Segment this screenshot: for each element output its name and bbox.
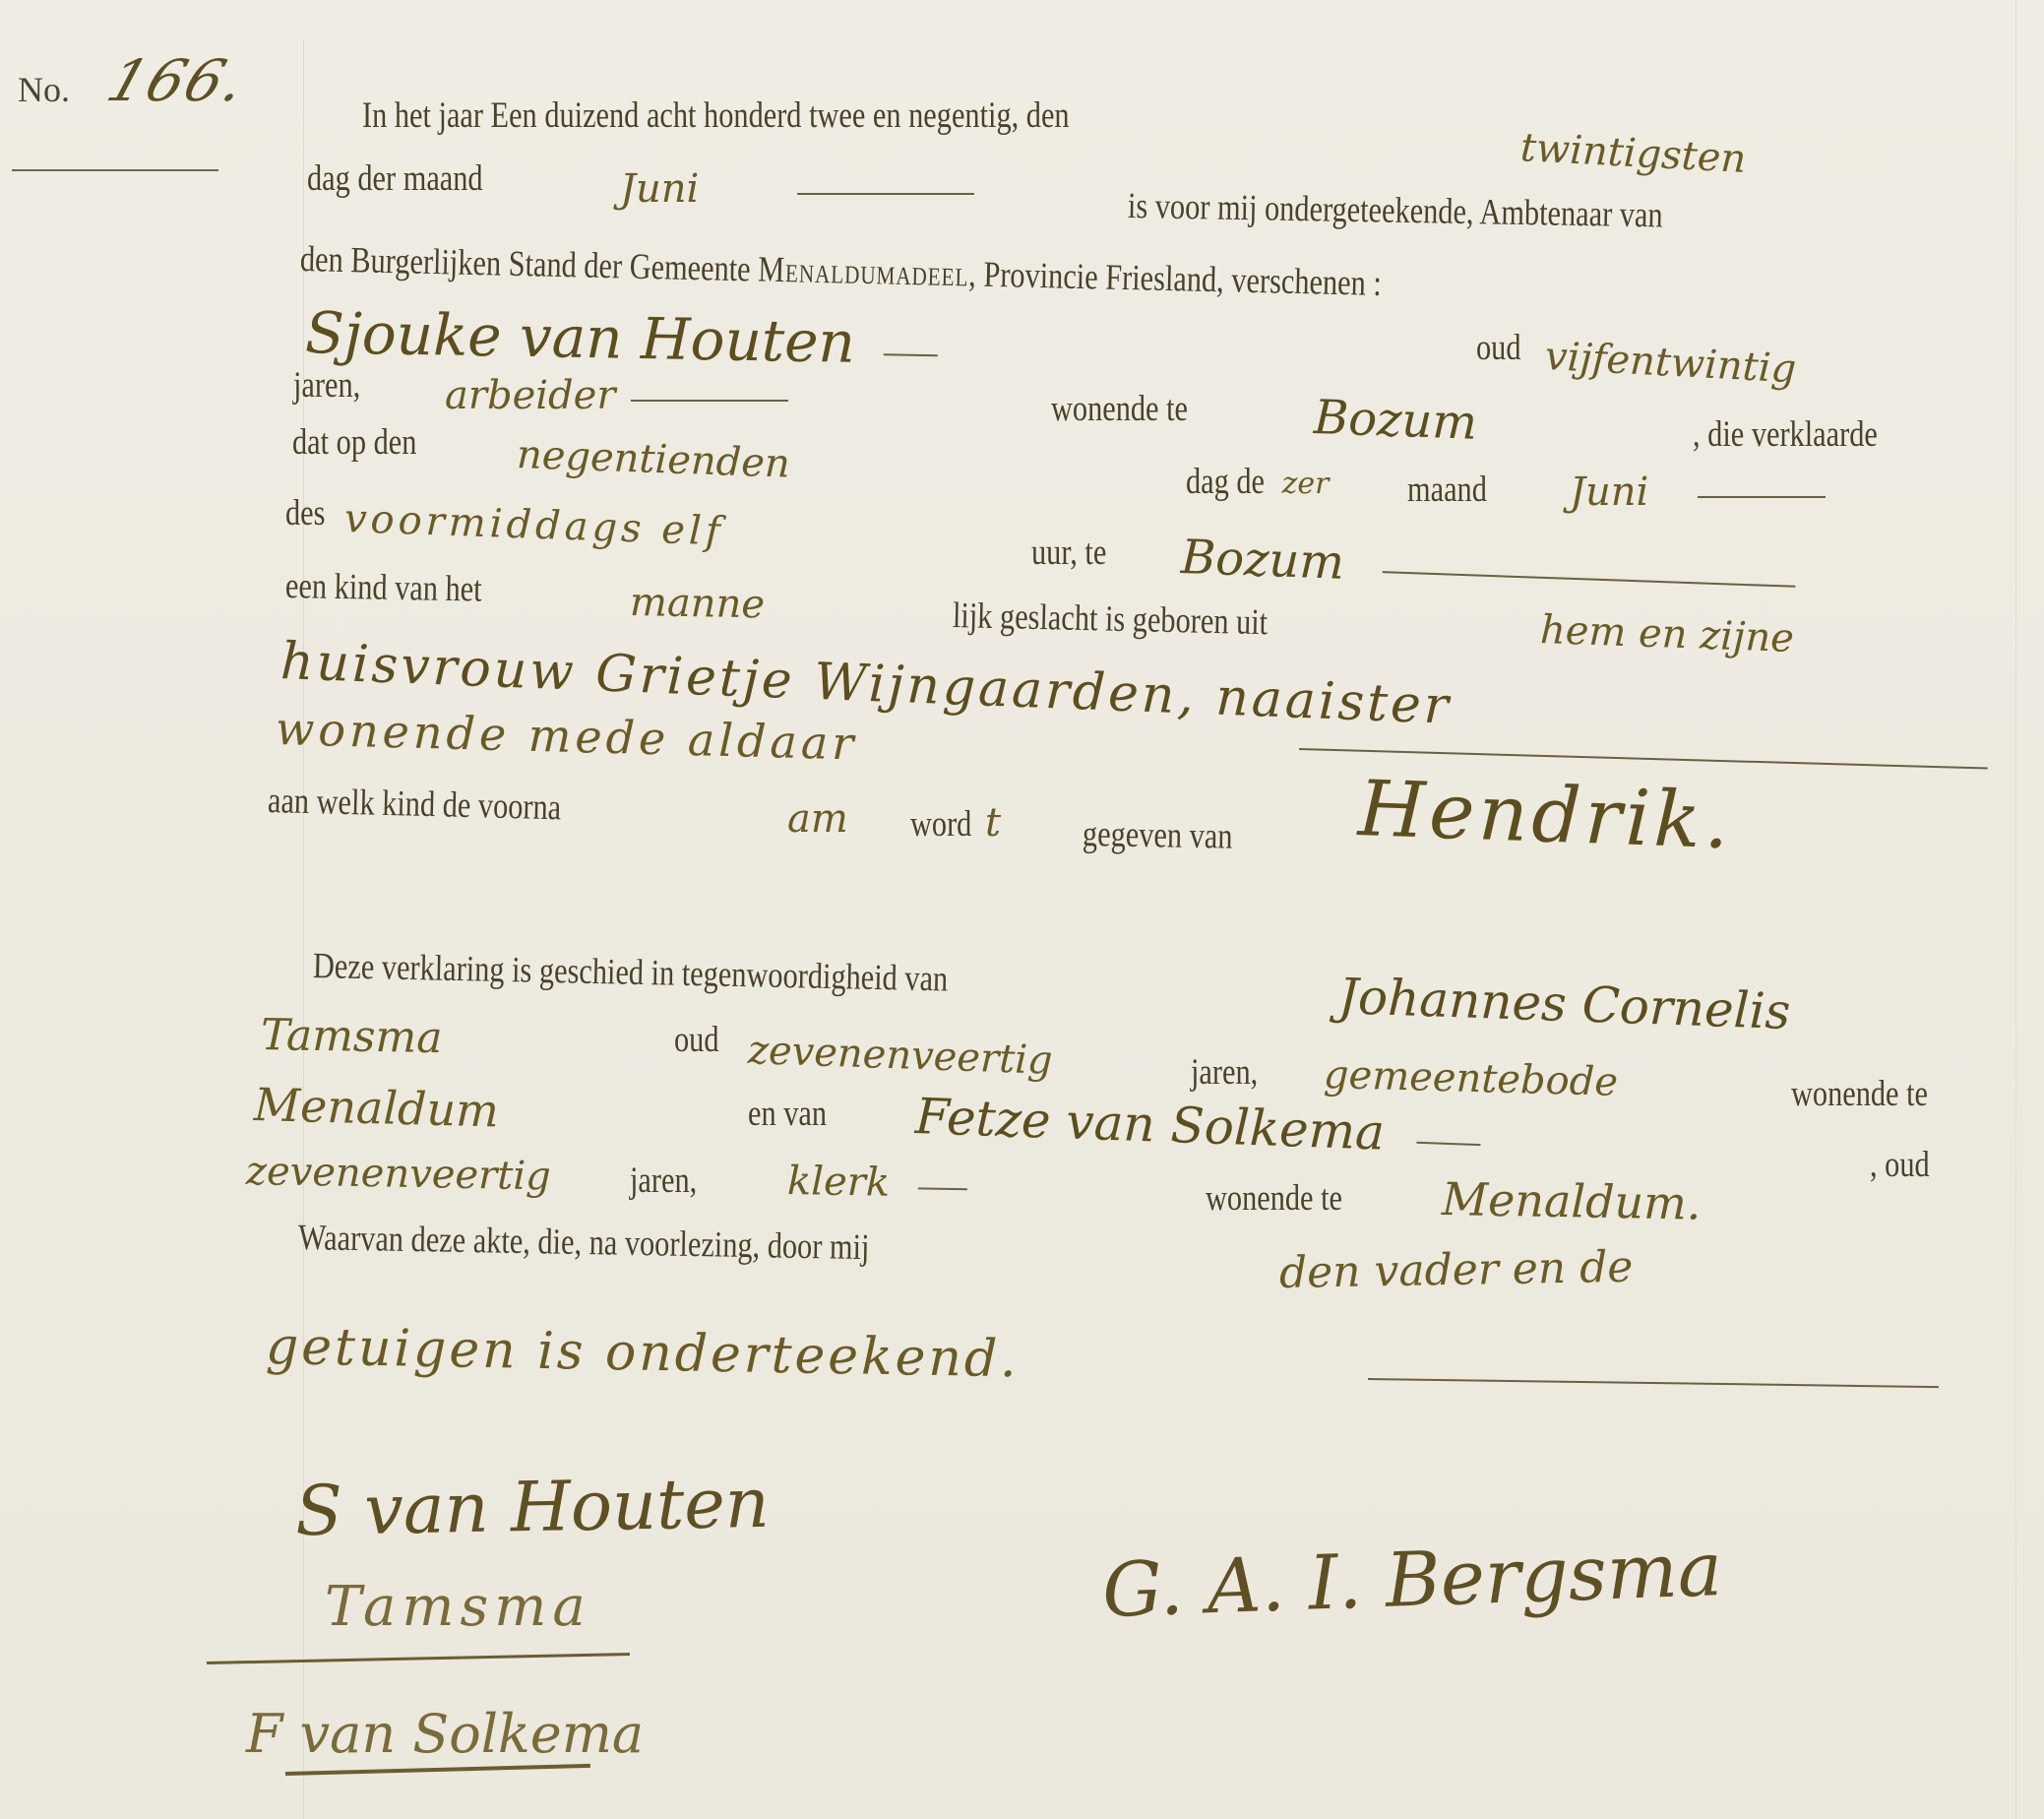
handwritten-text: twintigsten xyxy=(1519,126,1747,181)
printed-text: dat op den xyxy=(292,421,416,465)
fill-line xyxy=(797,193,974,195)
signature-official: G. A. I. Bergsma xyxy=(1101,1525,1724,1634)
handwritten-text: arbeider xyxy=(445,374,615,417)
witness-line-2c: wonende te xyxy=(1791,1073,1958,1116)
page-edge-rule xyxy=(2015,0,2016,1819)
handwritten-text: zevenenveertig xyxy=(747,1029,1053,1083)
handwritten-text: Juni xyxy=(620,167,699,211)
printed-text: lijk geslacht is geboren uit xyxy=(953,595,1269,645)
handwritten-text: gemeentebode xyxy=(1323,1053,1618,1104)
witness-1-occupation: gemeentebode xyxy=(1323,1053,1618,1106)
handwritten-text: Bozum xyxy=(1180,535,1344,585)
text-line-11c: gegeven van xyxy=(1083,813,1267,859)
printed-text: wonende te xyxy=(1791,1073,1928,1116)
hand-am: am xyxy=(787,797,848,843)
handwritten-month: Juni xyxy=(620,167,974,213)
handwritten-text: zer xyxy=(1282,463,1330,506)
printed-text: jaren, xyxy=(293,364,360,408)
printed-text: den Burgerlijken Stand der Gemeente Mena… xyxy=(300,238,1383,306)
signature-rule xyxy=(285,1764,590,1776)
printed-text: des xyxy=(285,492,325,535)
printed-text: dag der maand xyxy=(307,157,483,201)
fill-line xyxy=(1698,496,1826,498)
printed-text: gegeven van xyxy=(1083,813,1233,859)
witness-1-age: zevenenveertig xyxy=(747,1029,1053,1085)
handwritten-text: manne xyxy=(630,581,766,626)
witness-2-name: Fetze van Solkema xyxy=(914,1095,1482,1163)
handwritten-text: Fetze van Solkema xyxy=(914,1095,1385,1155)
printed-text: In het jaar Een duizend acht honderd twe… xyxy=(362,94,1070,138)
handwritten-text: negentienden xyxy=(516,433,790,486)
child-name: Hendrik. xyxy=(1357,787,1733,858)
witness-2-residence: Menaldum. xyxy=(1442,1177,1702,1230)
declarant-name: Sjouke van Houten xyxy=(305,311,939,374)
text-line-1: In het jaar Een duizend acht honderd twe… xyxy=(362,94,1224,138)
text-line-3: den Burgerlijken Stand der Gemeente Mena… xyxy=(300,238,1620,311)
closing-signed: getuigen is onderteekend. xyxy=(266,1325,1021,1387)
witness-1-name: Johannes Cornelis xyxy=(1337,974,1791,1039)
handwritten-text: Hendrik. xyxy=(1357,787,1733,844)
municipality-name: Menaldumadeel xyxy=(758,250,969,295)
text-line-5c: , die verklaarde xyxy=(1693,413,1918,457)
document-page: No. 166. In het jaar Een duizend acht ho… xyxy=(0,0,2044,1819)
text-line-4: oud xyxy=(1476,327,1531,370)
printed-text: , oud xyxy=(1870,1144,1930,1187)
signature-witness-2: F van Solkema xyxy=(246,1703,644,1765)
record-number-rule xyxy=(12,169,218,171)
printed-text: wonende te xyxy=(1051,388,1188,431)
handwritten-day: twintigsten xyxy=(1519,126,1747,183)
text-line-2b: is voor mij ondergeteekende, Ambtenaar v… xyxy=(1128,185,1781,240)
text-line-7b: uur, te xyxy=(1031,532,1123,575)
printed-text: word xyxy=(910,803,971,847)
handwritten-text: Bozum xyxy=(1313,396,1477,445)
birth-day: negentienden xyxy=(516,433,790,488)
printed-text: Deze verklaring is geschied in tegenwoor… xyxy=(313,945,949,1002)
printed-text: jaren, xyxy=(1191,1051,1258,1095)
text-line-11b: wordt xyxy=(910,801,1001,847)
fill-line xyxy=(918,1187,967,1190)
printed-text: wonende te xyxy=(1206,1177,1342,1221)
text-line-6c: maand xyxy=(1407,469,1505,512)
text-line-5: jaren, xyxy=(293,364,375,408)
closing-line: Waarvan deze akte, die, na voorlezing, d… xyxy=(298,1217,996,1272)
signature-father: S van Houten xyxy=(294,1463,770,1551)
handwritten-text: Sjouke van Houten xyxy=(305,311,856,364)
text-line-11: aan welk kind de voorna xyxy=(267,780,626,832)
text-line-5b: wonende te xyxy=(1051,388,1218,431)
fill-line xyxy=(1368,1378,1939,1388)
signature-witness-1: Tamsma xyxy=(325,1575,591,1639)
witness-2-age: zevenenveertig xyxy=(246,1150,552,1200)
record-number-value: 166. xyxy=(99,47,256,114)
printed-text: , die verklaarde xyxy=(1693,413,1878,457)
birth-time: voormiddags elf xyxy=(343,497,724,555)
handwritten-text: t xyxy=(985,801,1001,845)
witness-line-3: en van xyxy=(748,1093,844,1136)
handwritten-text: Tamsma xyxy=(261,1014,443,1060)
printed-text: aan welk kind de voorna xyxy=(267,780,561,830)
handwritten-text: wonende mede aldaar xyxy=(275,707,857,765)
witness-line-2: oud xyxy=(674,1019,729,1062)
birth-month: Juni xyxy=(1570,470,1826,516)
witness-line-4: jaren, xyxy=(630,1160,712,1203)
printed-text: den Burgerlijken Stand der Gemeente xyxy=(300,239,752,289)
witness-2-occupation: klerk xyxy=(787,1160,968,1208)
text-line-2: dag der maand xyxy=(307,157,522,201)
fill-line xyxy=(631,400,788,402)
text-line-8b: lijk geslacht is geboren uit xyxy=(953,595,1337,647)
handwritten-text: Menaldum xyxy=(253,1083,499,1132)
text-line-7: des xyxy=(285,492,334,535)
parent-ref: hem en zijne xyxy=(1539,608,1794,662)
text-line-6: dat op den xyxy=(292,421,444,465)
text-line-8: een kind van het xyxy=(285,565,526,612)
witness-line-4b: wonende te xyxy=(1206,1177,1373,1221)
printed-text: uur, te xyxy=(1031,532,1106,575)
margin-rule xyxy=(303,39,304,1819)
witness-1-surname: Tamsma xyxy=(261,1014,443,1063)
birth-place: Bozum xyxy=(1180,535,1796,605)
handwritten-text: am xyxy=(787,797,848,841)
printed-text: een kind van het xyxy=(285,565,482,611)
printed-text: maand xyxy=(1407,469,1487,512)
witness-line-2b: jaren, xyxy=(1191,1051,1272,1095)
handwritten-text: den vader en de xyxy=(1279,1246,1634,1295)
closing-signers: den vader en de xyxy=(1279,1246,1634,1298)
handwritten-text: klerk xyxy=(787,1160,891,1205)
handwritten-text: hem en zijne xyxy=(1539,608,1794,660)
printed-text: en van xyxy=(748,1093,827,1136)
child-sex: manne xyxy=(630,581,766,628)
printed-text: is voor mij ondergeteekende, Ambtenaar v… xyxy=(1128,185,1663,237)
printed-text: oud xyxy=(1476,327,1521,370)
record-number-label: No. xyxy=(18,69,70,110)
handwritten-text: Johannes Cornelis xyxy=(1337,974,1791,1034)
handwritten-text: zevenenveertig xyxy=(246,1150,551,1198)
signature-rule xyxy=(207,1653,630,1664)
mother-residence: wonende mede aldaar xyxy=(275,707,857,770)
declarant-occupation: arbeider xyxy=(445,374,788,419)
handwritten-text: Juni xyxy=(1570,470,1648,514)
witness-line-3b: , oud xyxy=(1870,1144,1943,1187)
handwritten-text: getuigen is onderteekend. xyxy=(266,1325,1020,1381)
printed-text: jaren, xyxy=(630,1160,697,1203)
fill-line xyxy=(1383,571,1796,588)
declarant-age: vijfentwintig xyxy=(1544,335,1797,393)
text-line-6b: dag dezer xyxy=(1186,461,1330,506)
witness-1-residence: Menaldum xyxy=(253,1083,499,1137)
handwritten-text: Menaldum. xyxy=(1442,1177,1702,1225)
fill-line xyxy=(884,353,938,356)
printed-text: Waarvan deze akte, die, na voorlezing, d… xyxy=(298,1217,870,1270)
declarant-residence: Bozum xyxy=(1313,396,1477,450)
printed-text: oud xyxy=(674,1019,719,1062)
handwritten-text: vijfentwintig xyxy=(1544,335,1797,391)
printed-text: dag de xyxy=(1186,461,1265,504)
witness-line-1: Deze verklaring is geschied in tegenwoor… xyxy=(313,945,1088,1004)
fill-line xyxy=(1417,1141,1481,1145)
handwritten-text: voormiddags elf xyxy=(343,497,724,553)
printed-text: , Provincie Friesland, verschenen : xyxy=(968,254,1382,304)
